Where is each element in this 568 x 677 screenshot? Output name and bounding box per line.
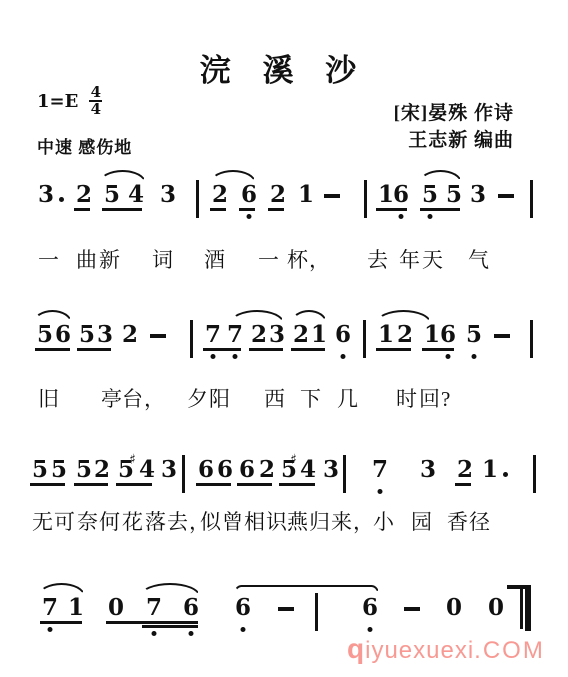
duration-dash (494, 334, 510, 338)
note-digit: 6 (217, 459, 233, 481)
final-barline-thin-line (520, 587, 523, 629)
note: 3 (161, 459, 177, 483)
sharp-icon: ♯ (129, 453, 136, 467)
lyrics-line: 一曲新词酒一杯，去年天气 (0, 244, 568, 274)
note: 7 (205, 324, 221, 348)
note-digit: 5 (422, 184, 438, 206)
lyric-syllable: 无 (32, 506, 54, 536)
note: 5 (422, 184, 438, 208)
note: 1 (298, 184, 314, 208)
lyric-syllable: 曾 (222, 506, 244, 536)
lyric-syllable: 回? (419, 383, 451, 413)
barline (196, 180, 199, 218)
note: 6 (217, 459, 233, 483)
lyric-syllable: 曲 (76, 244, 98, 274)
beam-line (74, 483, 108, 486)
note-digit: 7 (205, 324, 221, 346)
slur-arc (230, 310, 284, 323)
note: 6 (393, 184, 409, 208)
note: 5 (32, 459, 48, 483)
note: 0 (488, 597, 504, 621)
tie-arc (233, 585, 380, 597)
low-octave-dot (341, 354, 346, 359)
watermark-body: iyuexuexi (365, 637, 474, 664)
lyric-syllable: 旧 (38, 383, 60, 413)
duration-dash (404, 607, 420, 611)
lyric-syllable: 一 (258, 244, 280, 274)
lyric-syllable: 径 (469, 506, 491, 536)
note-digit: 1 (68, 597, 84, 619)
slur-arc (99, 170, 146, 183)
barline (343, 455, 346, 493)
note: 5 (104, 184, 120, 208)
lyric-syllable: 天 (422, 244, 444, 274)
note-digit: 5 (32, 459, 48, 481)
beam-line (237, 483, 272, 486)
beam-line (30, 483, 65, 486)
note-digit: 3 (269, 324, 285, 346)
note: 2 (259, 459, 275, 483)
lyric-syllable: 几 (337, 383, 359, 413)
lyric-syllable: 年 (399, 244, 421, 274)
lyric-syllable: 似 (200, 506, 222, 536)
note: 3 (420, 459, 436, 483)
lyric-syllable: 可 (54, 506, 76, 536)
lyric-syllable: 台， (122, 383, 166, 413)
beam-line (74, 208, 90, 211)
note: 1 (482, 459, 498, 483)
beam-line (268, 208, 284, 211)
beam-line (376, 208, 407, 211)
note: 1 (424, 324, 440, 348)
note-digit: 3 (38, 184, 54, 206)
note: 4 (128, 184, 144, 208)
note: 6 (440, 324, 456, 348)
note-digit: 4 (128, 184, 144, 206)
note: 2 (122, 324, 138, 348)
note: 2 (94, 459, 110, 483)
lyric-syllable: 相 (244, 506, 266, 536)
score: 32543262116553一曲新词酒一杯，去年天气56532772321612… (0, 0, 568, 677)
note-digit: 2 (397, 324, 413, 346)
slur-arc (291, 310, 327, 323)
barline (315, 593, 318, 631)
beam-line (279, 483, 315, 486)
lyric-syllable: 西 (264, 383, 286, 413)
note-digit: 6 (198, 459, 214, 481)
lyric-syllable: 来， (331, 506, 375, 536)
lyric-syllable: 园 (411, 506, 433, 536)
note: 3 (323, 459, 339, 483)
slur-arc (33, 310, 72, 323)
lyric-syllable: 花 (122, 506, 144, 536)
note: 5 (466, 324, 482, 348)
note-digit: 3 (160, 184, 176, 206)
lyric-syllable: 时 (396, 383, 418, 413)
beam-line (249, 348, 283, 351)
barline (530, 320, 533, 358)
note-digit: 0 (108, 597, 124, 619)
note-digit: 2 (76, 184, 92, 206)
barline (363, 320, 366, 358)
note: 1 (311, 324, 327, 348)
beam-line (239, 208, 255, 211)
note-digit: 3 (161, 459, 177, 481)
lyric-syllable: 小 (373, 506, 395, 536)
note-digit: 7 (42, 597, 58, 619)
duration-dash (150, 334, 166, 338)
beam-line (422, 348, 454, 351)
low-octave-dot (428, 214, 433, 219)
watermark-tld: .COM (474, 637, 545, 664)
note: 2 (293, 324, 309, 348)
note-digit: 7 (372, 459, 388, 481)
low-octave-dot (189, 631, 194, 636)
low-octave-dot (48, 627, 53, 632)
augmentation-dot (503, 472, 508, 477)
note-digit: 5 (466, 324, 482, 346)
beam-line (196, 483, 231, 486)
note-digit: 5 (76, 459, 92, 481)
low-octave-dot (378, 489, 383, 494)
note: 5 (79, 324, 95, 348)
augmentation-dot (59, 197, 64, 202)
note-digit: 3 (323, 459, 339, 481)
barline (533, 455, 536, 493)
beam-line (376, 348, 411, 351)
note: 3 (269, 324, 285, 348)
note: 2 (76, 184, 92, 208)
final-barline-thick-line (525, 585, 531, 631)
final-barline (507, 585, 537, 633)
low-octave-dot (211, 354, 216, 359)
note: 2 (457, 459, 473, 483)
note-digit: 1 (482, 459, 498, 481)
slur-arc (38, 583, 85, 596)
note: 6 (198, 459, 214, 483)
beam-line (142, 625, 198, 628)
lyric-syllable: 夕 (187, 383, 209, 413)
note: 1 (378, 324, 394, 348)
note-digit: 6 (440, 324, 456, 346)
note-digit: 4 (300, 459, 316, 481)
beam-line (203, 348, 241, 351)
lyric-syllable: 去 (367, 244, 389, 274)
note-digit: 5 (37, 324, 53, 346)
note: 5 (446, 184, 462, 208)
low-octave-dot (233, 354, 238, 359)
note-digit: 1 (424, 324, 440, 346)
notation-line: 55525♯4366625♯437321 (0, 445, 568, 505)
barline (364, 180, 367, 218)
beam-line (420, 208, 460, 211)
note: 7 (372, 459, 388, 483)
lyric-syllable: 落 (145, 506, 167, 536)
lyric-syllable: 识 (266, 506, 288, 536)
note: 6 (235, 597, 251, 621)
note-digit: 4 (139, 459, 155, 481)
note-digit: 2 (94, 459, 110, 481)
note-digit: 1 (298, 184, 314, 206)
lyric-syllable: 何 (99, 506, 121, 536)
lyric-syllable: 香 (447, 506, 469, 536)
note-digit: 7 (146, 597, 162, 619)
sharp-icon: ♯ (290, 453, 297, 467)
note: 6 (362, 597, 378, 621)
note-digit: 2 (122, 324, 138, 346)
note: 0 (108, 597, 124, 621)
beam-line (455, 483, 471, 486)
lyrics-line: 无可奈何花落去，似曾相识燕归来，小园香径 (0, 506, 568, 536)
note-digit: 7 (227, 324, 243, 346)
note-digit: 6 (241, 184, 257, 206)
note-digit: 6 (183, 597, 199, 619)
low-octave-dot (472, 354, 477, 359)
note: 2 (397, 324, 413, 348)
low-octave-dot (399, 214, 404, 219)
note: 2 (212, 184, 228, 208)
note: 6 (241, 184, 257, 208)
lyric-syllable: 一 (38, 244, 60, 274)
slur-arc (376, 310, 431, 323)
note: 2 (270, 184, 286, 208)
lyric-syllable: 酒 (204, 244, 226, 274)
duration-dash (278, 607, 294, 611)
lyric-syllable: 阳 (209, 383, 231, 413)
note-digit: 0 (488, 597, 504, 619)
note: 6 (239, 459, 255, 483)
barline (530, 180, 533, 218)
note-digit: 3 (470, 184, 486, 206)
low-octave-dot (368, 627, 373, 632)
note: 7 (42, 597, 58, 621)
note: 6 (335, 324, 351, 348)
lyric-syllable: 新 (99, 244, 121, 274)
lyric-syllable: 杯， (287, 244, 331, 274)
note-digit: 2 (212, 184, 228, 206)
low-octave-dot (247, 214, 252, 219)
sheet-page: 浣 溪 沙 1=E 4 4 中速 感伤地 [宋]晏殊 作诗 王志新 编曲 325… (0, 0, 568, 677)
note: 5 (76, 459, 92, 483)
lyric-syllable: 归 (309, 506, 331, 536)
slur-arc (419, 170, 462, 183)
beam-line (210, 208, 226, 211)
duration-dash (324, 194, 340, 198)
note-digit: 1 (378, 184, 394, 206)
note-digit: 5 (446, 184, 462, 206)
note-digit: 3 (420, 459, 436, 481)
lyric-syllable: 燕 (287, 506, 309, 536)
lyric-syllable: 气 (468, 244, 490, 274)
note: 1 (378, 184, 394, 208)
lyric-syllable: 词 (152, 244, 174, 274)
note-digit: 2 (251, 324, 267, 346)
note: 0 (446, 597, 462, 621)
note-digit: 6 (393, 184, 409, 206)
barline (190, 320, 193, 358)
low-octave-dot (241, 627, 246, 632)
watermark-lead: q (347, 633, 365, 664)
note-digit: 6 (55, 324, 71, 346)
lyric-syllable: 下 (300, 383, 322, 413)
note: ♯4 (139, 459, 155, 483)
note-digit: 6 (239, 459, 255, 481)
note: 7 (227, 324, 243, 348)
note-digit: 5 (79, 324, 95, 346)
note: 3 (160, 184, 176, 208)
note-digit: 6 (235, 597, 251, 619)
note-digit: 5 (51, 459, 67, 481)
beam-line (102, 208, 142, 211)
note-digit: 3 (97, 324, 113, 346)
slur-arc (210, 170, 256, 183)
beam-line (40, 621, 82, 624)
note: 3 (97, 324, 113, 348)
note-digit: 5 (104, 184, 120, 206)
beam-line (106, 621, 198, 624)
note-digit: 6 (362, 597, 378, 619)
note: ♯4 (300, 459, 316, 483)
note: 7 (146, 597, 162, 621)
note: 2 (251, 324, 267, 348)
lyric-syllable: 亭 (101, 383, 123, 413)
notation-line: 56532772321612165 (0, 310, 568, 370)
note: 6 (183, 597, 199, 621)
note-digit: 2 (270, 184, 286, 206)
note-digit: 1 (311, 324, 327, 346)
note-digit: 2 (259, 459, 275, 481)
note: 6 (55, 324, 71, 348)
note: 1 (68, 597, 84, 621)
notation-line: 32543262116553 (0, 170, 568, 230)
barline (182, 455, 185, 493)
note-digit: 6 (335, 324, 351, 346)
duration-dash (498, 194, 514, 198)
note-digit: 0 (446, 597, 462, 619)
slur-arc (140, 583, 200, 596)
note-digit: 2 (293, 324, 309, 346)
note-digit: 1 (378, 324, 394, 346)
note: 3 (38, 184, 54, 208)
low-octave-dot (152, 631, 157, 636)
watermark: qiyuexuexi.COM (347, 633, 545, 665)
lyric-syllable: 奈 (77, 506, 99, 536)
beam-line (77, 348, 111, 351)
beam-line (35, 348, 70, 351)
note-digit: 2 (457, 459, 473, 481)
beam-line (116, 483, 152, 486)
lyrics-line: 旧亭台，夕阳西下几时回? (0, 383, 568, 413)
note: 5 (51, 459, 67, 483)
beam-line (291, 348, 325, 351)
note: 5 (37, 324, 53, 348)
note: 3 (470, 184, 486, 208)
low-octave-dot (446, 354, 451, 359)
